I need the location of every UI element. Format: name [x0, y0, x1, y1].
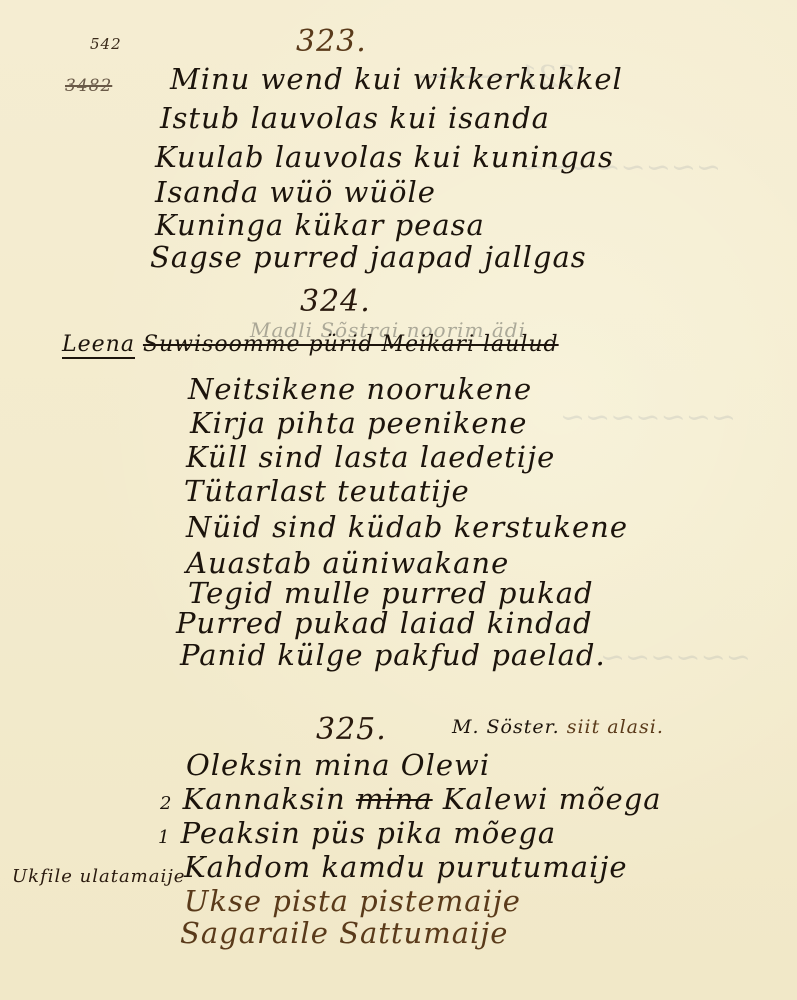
- verse-text: Kannaksin: [183, 782, 346, 816]
- verse-line: Sagse purred jaapad jallgas: [150, 240, 587, 274]
- bleed-through: ~~~~~~~: [560, 400, 736, 435]
- manuscript-page: 321 ───── ~~~~~~~~ ~~~~~~~ ~~~~~~ 542 34…: [0, 0, 797, 1000]
- song-number: 323.: [296, 24, 367, 59]
- verse-text: Peaksin püs pika mõega: [181, 816, 557, 850]
- verse-text-rest: Kalewi mõega: [443, 782, 662, 816]
- archive-number: 542: [90, 35, 122, 53]
- verse-line: Küll sind lasta laedetije: [186, 440, 555, 474]
- struck-word: mina: [356, 782, 433, 816]
- verse-line: Kuninga kükar peasa: [155, 208, 485, 242]
- attribution: M. Söster. siit alasi.: [452, 716, 664, 738]
- heading-prefix: Leena: [62, 332, 135, 359]
- song-heading: Leena Suwisoomme pürid Meikari laulud: [62, 332, 559, 357]
- verse-line: Nüid sind küdab kerstukene: [186, 510, 628, 544]
- verse-line: Auastab aüniwakane: [186, 546, 509, 580]
- attribution-note: siit alasi.: [567, 716, 664, 738]
- verse-line: Kirja pihta peenikene: [190, 406, 527, 440]
- line-marker: 1: [158, 827, 170, 848]
- verse-line: Kahdom kamdu purutumaije: [184, 850, 628, 884]
- attribution-name: M. Söster.: [452, 716, 560, 738]
- verse-line: Purred pukad laiad kindad: [176, 606, 593, 640]
- song-number: 325.: [316, 712, 387, 747]
- bleed-through: ~~~~~~: [600, 640, 751, 675]
- verse-line: Istub lauvolas kui isanda: [160, 101, 550, 135]
- margin-note: Ukfile ulatamaije: [12, 866, 185, 887]
- verse-line: Panid külge pakfud paelad.: [180, 638, 606, 672]
- struck-archive-number: 3482: [65, 76, 112, 96]
- verse-line: Tegid mulle purred pukad: [188, 576, 594, 610]
- heading-struck: Suwisoomme pürid Meikari laulud: [143, 332, 559, 357]
- verse-line: 1 Peaksin püs pika mõega: [158, 816, 556, 850]
- verse-line: Kuulab lauvolas kui kuningas: [155, 140, 614, 174]
- verse-line: Oleksin mina Olewi: [186, 748, 490, 782]
- song-number: 324.: [300, 284, 371, 319]
- verse-line: 2 Kannaksin mina Kalewi mõega: [160, 782, 662, 816]
- verse-line: Isanda wüö wüöle: [155, 175, 436, 209]
- line-marker: 2: [160, 793, 172, 814]
- verse-line: Sagaraile Sattumaije: [180, 916, 508, 950]
- verse-line: Tütarlast teutatije: [184, 474, 470, 508]
- verse-line: Ukse pista pistemaije: [184, 884, 521, 918]
- verse-line: Neitsikene noorukene: [188, 372, 532, 406]
- verse-line: Minu wend kui wikkerkukkel: [170, 62, 623, 96]
